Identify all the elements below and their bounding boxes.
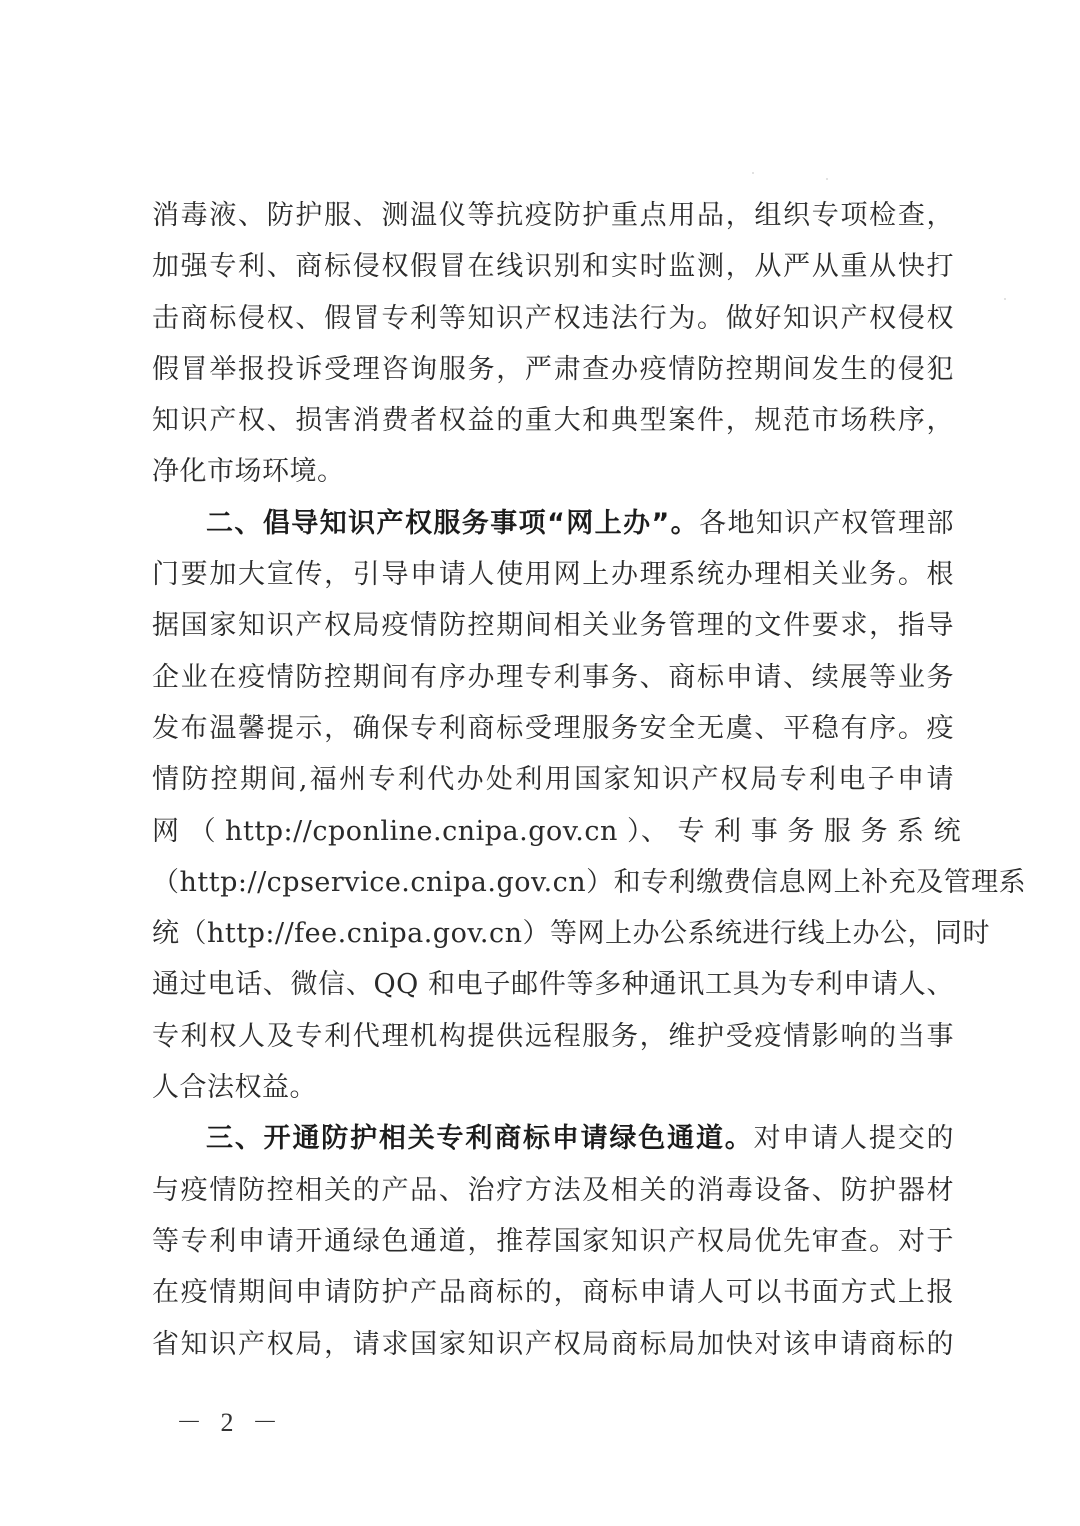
body-line-with-url: 网 （ http://cponline.cnipa.gov.cn ）、 专 利 … [152, 806, 954, 857]
scan-speck [752, 172, 754, 174]
body-line: 情防控期间,福州专利代办处利用国家知识产权局专利电子申请 [152, 754, 954, 805]
body-line: 通过电话、微信、QQ 和电子邮件等多种通讯工具为专利申请人、 [152, 959, 954, 1010]
body-line: 击商标侵权、假冒专利等知识产权违法行为。做好知识产权侵权 [152, 293, 954, 344]
section-two-first-line: 二、倡导知识产权服务事项“网上办”。各地知识产权管理部 [152, 498, 954, 549]
body-line: 发布温馨提示，确保专利商标受理服务安全无虞、平稳有序。疫 [152, 703, 954, 754]
body-line: 据国家知识产权局疫情防控期间相关业务管理的文件要求，指导 [152, 600, 954, 651]
body-line: 省知识产权局，请求国家知识产权局商标局加快对该申请商标的 [152, 1319, 954, 1370]
scan-speck [826, 178, 828, 180]
body-line: 在疫情期间申请防护产品商标的，商标申请人可以书面方式上报 [152, 1267, 954, 1318]
section-three-first-line: 三、开通防护相关专利商标申请绿色通道。对申请人提交的 [152, 1113, 954, 1164]
body-line-with-url: （http://cpservice.cnipa.gov.cn）和专利缴费信息网上… [152, 857, 954, 908]
body-line: 等专利申请开通绿色通道，推荐国家知识产权局优先审查。对于 [152, 1216, 954, 1267]
body-line-with-url: 统（http://fee.cnipa.gov.cn）等网上办公系统进行线上办公，… [152, 908, 954, 959]
body-line: 与疫情防控相关的产品、治疗方法及相关的消毒设备、防护器材 [152, 1165, 954, 1216]
body-line: 专利权人及专利代理机构提供远程服务，维护受疫情影响的当事 [152, 1011, 954, 1062]
body-text: 各地知识产权管理部 [699, 508, 954, 539]
body-text: 对申请人提交的 [754, 1123, 954, 1154]
document-body: 消毒液、防护服、测温仪等抗疫防护重点用品，组织专项检查， 加强专利、商标侵权假冒… [152, 190, 954, 1370]
body-line: 知识产权、损害消费者权益的重大和典型案件，规范市场秩序， [152, 395, 954, 446]
body-line: 企业在疫情防控期间有序办理专利事务、商标申请、续展等业务 [152, 652, 954, 703]
section-heading-three: 三、开通防护相关专利商标申请绿色通道。 [206, 1123, 754, 1154]
scan-speck [1004, 298, 1006, 300]
section-heading-two: 二、倡导知识产权服务事项“网上办”。 [206, 508, 699, 539]
body-line: 加强专利、商标侵权假冒在线识别和实时监测，从严从重从快打 [152, 241, 954, 292]
body-line: 假冒举报投诉受理咨询服务，严肃查办疫情防控期间发生的侵犯 [152, 344, 954, 395]
body-line: 人合法权益。 [152, 1062, 954, 1113]
page-number: － 2 － [176, 1402, 284, 1439]
body-line: 门要加大宣传，引导申请人使用网上办理系统办理相关业务。根 [152, 549, 954, 600]
body-line: 消毒液、防护服、测温仪等抗疫防护重点用品，组织专项检查， [152, 190, 954, 241]
body-line: 净化市场环境。 [152, 446, 954, 497]
